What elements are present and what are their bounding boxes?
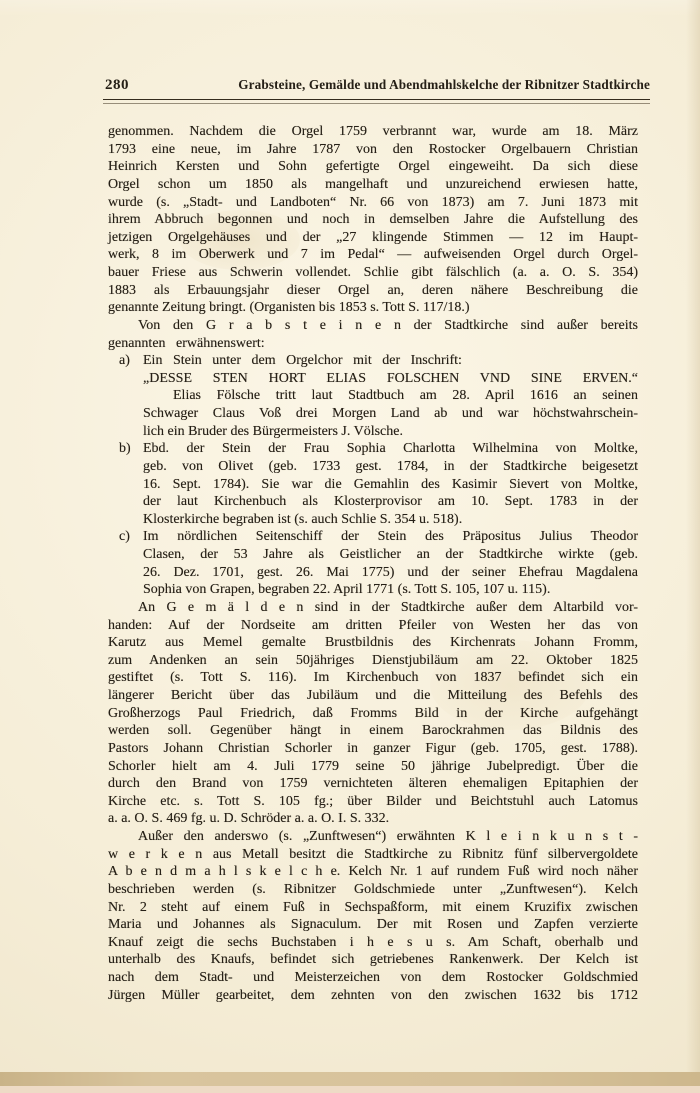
paragraph: genommen. Nachdem die Orgel 1759 verbran… <box>108 123 638 317</box>
page-number: 280 <box>105 77 129 94</box>
list-item-marker: b) <box>119 440 131 458</box>
text-line: jetzigen Orgelgehäuses und der „27 kling… <box>108 229 638 247</box>
text-line: Jürgen Müller gearbeitet, dem zehnten vo… <box>108 987 638 1005</box>
text-line: A b e n d m a h l s k e l c h e. Kelch N… <box>108 863 638 881</box>
text-line: Nr. 2 steht auf einem Fuß in Sechspaßfor… <box>108 899 638 917</box>
paragraph: Außer den anderswo (s. „Zunftwesen“) erw… <box>108 828 638 1004</box>
paragraph: Elias Fölsche tritt laut Stadtbuch am 28… <box>143 387 638 440</box>
text-line: w e r k e n aus Metall besitzt die Stadt… <box>108 846 638 864</box>
text-line: unterhalb des Knaufs, befindet sich getr… <box>108 951 638 969</box>
text-line: längerer Bericht über das Jubiläum und d… <box>108 687 638 705</box>
text-line: a. a. O. S. 469 fg. u. D. Schröder a. a.… <box>108 810 638 828</box>
text-line: geb. von Olivet (geb. 1733 gest. 1784, i… <box>143 458 638 476</box>
page-body: genommen. Nachdem die Orgel 1759 verbran… <box>108 123 638 1004</box>
page-bottom-margin <box>0 1086 700 1093</box>
list-item: b)Ebd. der Stein der Frau Sophia Charlot… <box>143 440 638 528</box>
book-page: 280 Grabsteine, Gemälde und Abendmahlske… <box>0 0 700 1093</box>
text-line: 1883 als Erbauungsjahr dieser Orgel an, … <box>108 282 638 300</box>
text-line: Schorler hielt am 4. Juli 1779 seine 50 … <box>108 758 638 776</box>
text-line: „DESSE STEN HORT ELIAS FOLSCHEN VND SINE… <box>143 370 638 388</box>
text-line: Im nördlichen Seitenschiff der Stein des… <box>143 528 638 546</box>
text-line: ihrem Abbruch begonnen und noch in demse… <box>108 211 638 229</box>
header-rule <box>103 99 650 104</box>
text-line: Großherzogs Paul Friedrich, daß Fromms B… <box>108 705 638 723</box>
text-line: werk, 8 im Oberwerk und 7 im Pedal“ — au… <box>108 246 638 264</box>
text-line: Clasen, der 53 Jahre als Geistlicher an … <box>143 546 638 564</box>
text-line: Ebd. der Stein der Frau Sophia Charlotta… <box>143 440 638 458</box>
text-line: An G e m ä l d e n sind in der Stadtkirc… <box>108 599 638 617</box>
text-line: wurde (s. „Stadt- und Landboten“ Nr. 66 … <box>108 194 638 212</box>
text-line: 1793 eine neue, im Jahre 1787 von den Ro… <box>108 141 638 159</box>
list-item: c)Im nördlichen Seitenschiff der Stein d… <box>143 528 638 599</box>
text-line: Von den G r a b s t e i n e n der Stadtk… <box>108 317 638 335</box>
text-line: Pastors Johann Christian Schorler in gan… <box>108 740 638 758</box>
list-item: a)Ein Stein unter dem Orgelchor mit der … <box>143 352 638 387</box>
text-line: Sophia von Grapen, begraben 22. April 17… <box>143 581 638 599</box>
text-line: nach dem Stadt- und Meisterzeichen von d… <box>108 969 638 987</box>
list-item-marker: c) <box>119 528 130 546</box>
text-line: beschrieben werden (s. Ribnitzer Goldsch… <box>108 881 638 899</box>
text-line: werden soll. Gegenüber hängt in einem Ba… <box>108 722 638 740</box>
text-line: genannte Zeitung bringt. (Organisten bis… <box>108 299 638 317</box>
paragraph: An G e m ä l d e n sind in der Stadtkirc… <box>108 599 638 828</box>
text-line: Kirche etc. s. Tott S. 105 fg.; über Bil… <box>108 793 638 811</box>
text-line: Außer den anderswo (s. „Zunftwesen“) erw… <box>108 828 638 846</box>
list-item-marker: a) <box>119 352 130 370</box>
paragraph: Von den G r a b s t e i n e n der Stadtk… <box>108 317 638 352</box>
text-line: Heinrich Kersten und Sohn gefertigte Org… <box>108 158 638 176</box>
text-line: Maria und Johannes als Signaculum. Der m… <box>108 916 638 934</box>
text-line: 16. Sept. 1784). Sie war die Gemahlin de… <box>143 476 638 494</box>
text-line: der laut Kirchenbuch als Klosterprovisor… <box>143 493 638 511</box>
text-line: Orgel schon um 1850 als mangelhaft und u… <box>108 176 638 194</box>
text-line: zum Andenken an sein 50jähriges Dienstju… <box>108 652 638 670</box>
text-line: Klosterkirche begraben ist (s. auch Schl… <box>143 511 638 529</box>
text-line: durch den Brand von 1759 vernichteten äl… <box>108 775 638 793</box>
running-header-title: Grabsteine, Gemälde und Abendmahlskelche… <box>238 77 650 93</box>
text-line: Ein Stein unter dem Orgelchor mit der In… <box>143 352 638 370</box>
text-line: Karutz aus Memel gemalte Brustbildnis de… <box>108 634 638 652</box>
text-line: 26. Dez. 1701, gest. 26. Mai 1775) und d… <box>143 564 638 582</box>
page-bottom-edge <box>0 1072 700 1086</box>
text-line: Knauf zeigt die sechs Buchstaben i h e s… <box>108 934 638 952</box>
text-line: bauer Friese aus Schwerin vollendet. Sch… <box>108 264 638 282</box>
running-header: 280 Grabsteine, Gemälde und Abendmahlske… <box>105 77 650 94</box>
text-line: genommen. Nachdem die Orgel 1759 verbran… <box>108 123 638 141</box>
text-line: Schwager Claus Voß drei Morgen Land ab u… <box>143 405 638 423</box>
text-line: Elias Fölsche tritt laut Stadtbuch am 28… <box>143 387 638 405</box>
text-line: gestiftet (s. Tott S. 116). Im Kirchenbu… <box>108 669 638 687</box>
text-line: lich ein Bruder des Bürgermeisters J. Vö… <box>143 423 638 441</box>
text-line: handen: Auf der Nordseite am dritten Pfe… <box>108 617 638 635</box>
text-line: genannten erwähnenswert: <box>108 335 638 353</box>
